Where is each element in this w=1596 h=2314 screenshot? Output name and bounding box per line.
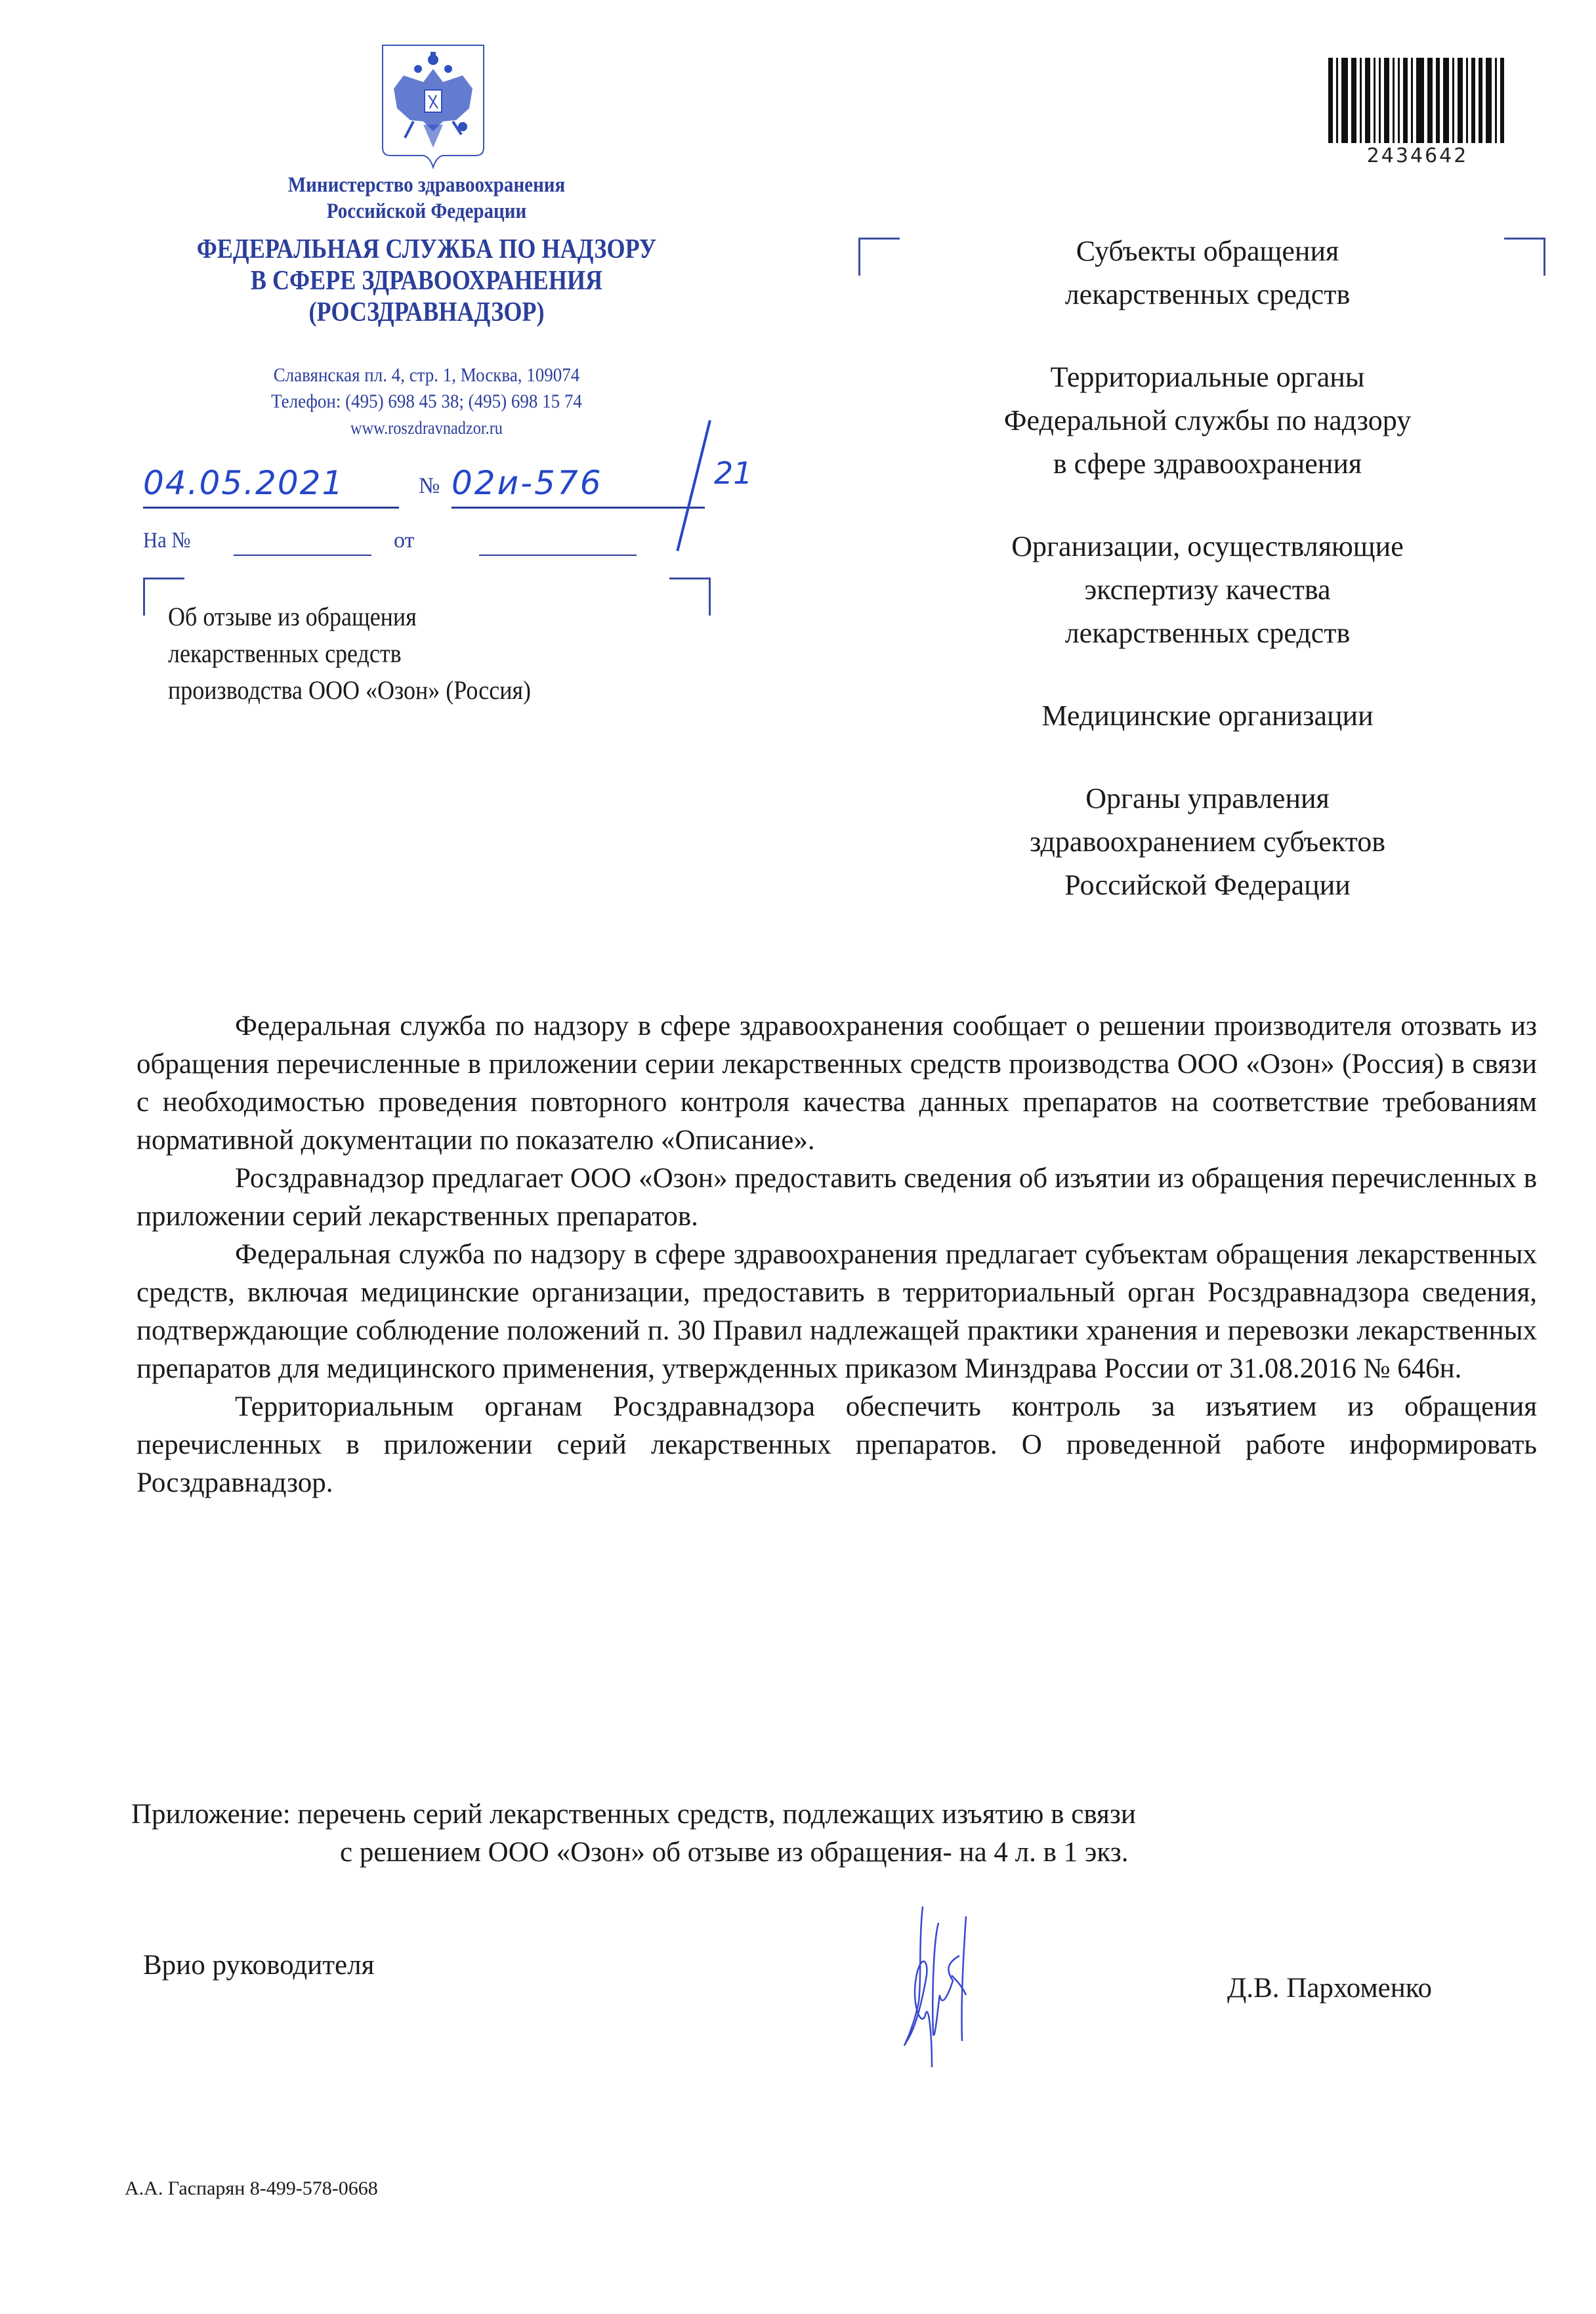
ministry-name: Министерство здравоохранения Российской … <box>167 172 686 224</box>
recipient-line: лекарственных средств <box>873 612 1542 655</box>
service-line-2: В СФЕРЕ ЗДРАВООХРАНЕНИЯ <box>173 265 681 297</box>
registration-date: 04.05.2021 <box>143 459 399 509</box>
reply-reference: На № от <box>143 528 734 561</box>
recipients-block: Субъекты обращения лекарственных средств… <box>873 230 1542 946</box>
body-paragraph: Территориальным органам Росздравнадзора … <box>136 1388 1537 1502</box>
subject-line: лекарственных средств <box>168 635 676 672</box>
barcode-icon <box>1328 58 1509 143</box>
service-name: ФЕДЕРАЛЬНАЯ СЛУЖБА ПО НАДЗОРУ В СФЕРЕ ЗД… <box>173 234 681 328</box>
registration-suffix: 21 <box>714 455 753 491</box>
executor-contact: А.А. Гаспарян 8-499-578-0668 <box>125 2177 378 2200</box>
contacts: Славянская пл. 4, стр. 1, Москва, 109074… <box>161 362 692 441</box>
handwritten-signature-icon <box>892 1903 991 2074</box>
signer-name: Д.В. Пархоменко <box>1227 1972 1432 2004</box>
recipient-line: в сфере здравоохранения <box>873 442 1542 486</box>
phone: Телефон: (495) 698 45 38; (495) 698 15 7… <box>161 389 692 415</box>
reply-number-label: На № <box>143 528 191 553</box>
recipient-line: лекарственных средств <box>873 273 1542 316</box>
body-paragraph: Федеральная служба по надзору в сфере зд… <box>136 1007 1537 1160</box>
attachment-line-1: Приложение: перечень серий лекарственных… <box>131 1796 1483 1834</box>
barcode-number: 2434642 <box>1339 144 1496 167</box>
reply-date-label: от <box>394 528 414 553</box>
subject-line: Об отзыве из обращения <box>168 599 676 635</box>
reply-date-field <box>479 555 637 556</box>
recipient-line: Федеральной службы по надзору <box>873 399 1542 442</box>
recipient-line: Медицинские организации <box>873 694 1542 738</box>
number-sign: № <box>419 474 440 499</box>
body-paragraph: Росздравнадзор предлагает ООО «Озон» пре… <box>136 1160 1537 1236</box>
attachment-line-2: с решением ООО «Озон» об отзыве из обращ… <box>131 1834 1483 1872</box>
recipient-group: Территориальные органы Федеральной служб… <box>873 356 1542 486</box>
coat-of-arms-icon <box>377 43 489 171</box>
recipient-line: Организации, осуществляющие <box>873 525 1542 568</box>
ministry-line-2: Российской Федерации <box>167 198 686 224</box>
recipient-line: Российской Федерации <box>873 864 1542 907</box>
service-line-3: (РОСЗДРАВНАДЗОР) <box>173 297 681 328</box>
service-line-1: ФЕДЕРАЛЬНАЯ СЛУЖБА ПО НАДЗОРУ <box>173 234 681 265</box>
recipient-group: Органы управления здравоохранением субъе… <box>873 777 1542 907</box>
body-paragraph: Федеральная служба по надзору в сфере зд… <box>136 1236 1537 1388</box>
recipient-line: Территориальные органы <box>873 356 1542 399</box>
registration-number: 02и-576 <box>451 459 705 509</box>
reply-number-field <box>234 555 371 556</box>
recipient-line: экспертизу качества <box>873 568 1542 612</box>
registration-line: 04.05.2021 № 02и-576 21 <box>143 459 747 512</box>
recipient-group: Медицинские организации <box>873 694 1542 738</box>
recipient-group: Организации, осуществляющие экспертизу к… <box>873 525 1542 655</box>
recipient-line: Органы управления <box>873 777 1542 820</box>
recipient-group: Субъекты обращения лекарственных средств <box>873 230 1542 316</box>
website-link[interactable]: www.roszdravnadzor.ru <box>161 415 692 441</box>
attachment-note: Приложение: перечень серий лекарственных… <box>131 1796 1483 1872</box>
address: Славянская пл. 4, стр. 1, Москва, 109074 <box>161 362 692 389</box>
letter-body: Федеральная служба по надзору в сфере зд… <box>136 1007 1537 1502</box>
letter-subject: Об отзыве из обращения лекарственных сре… <box>168 599 676 709</box>
ministry-line-1: Министерство здравоохранения <box>167 172 686 198</box>
signer-position: Врио руководителя <box>143 1949 374 1981</box>
recipient-line: Субъекты обращения <box>873 230 1542 273</box>
recipient-line: здравоохранением субъектов <box>873 820 1542 864</box>
subject-line: производства ООО «Озон» (Россия) <box>168 672 676 709</box>
